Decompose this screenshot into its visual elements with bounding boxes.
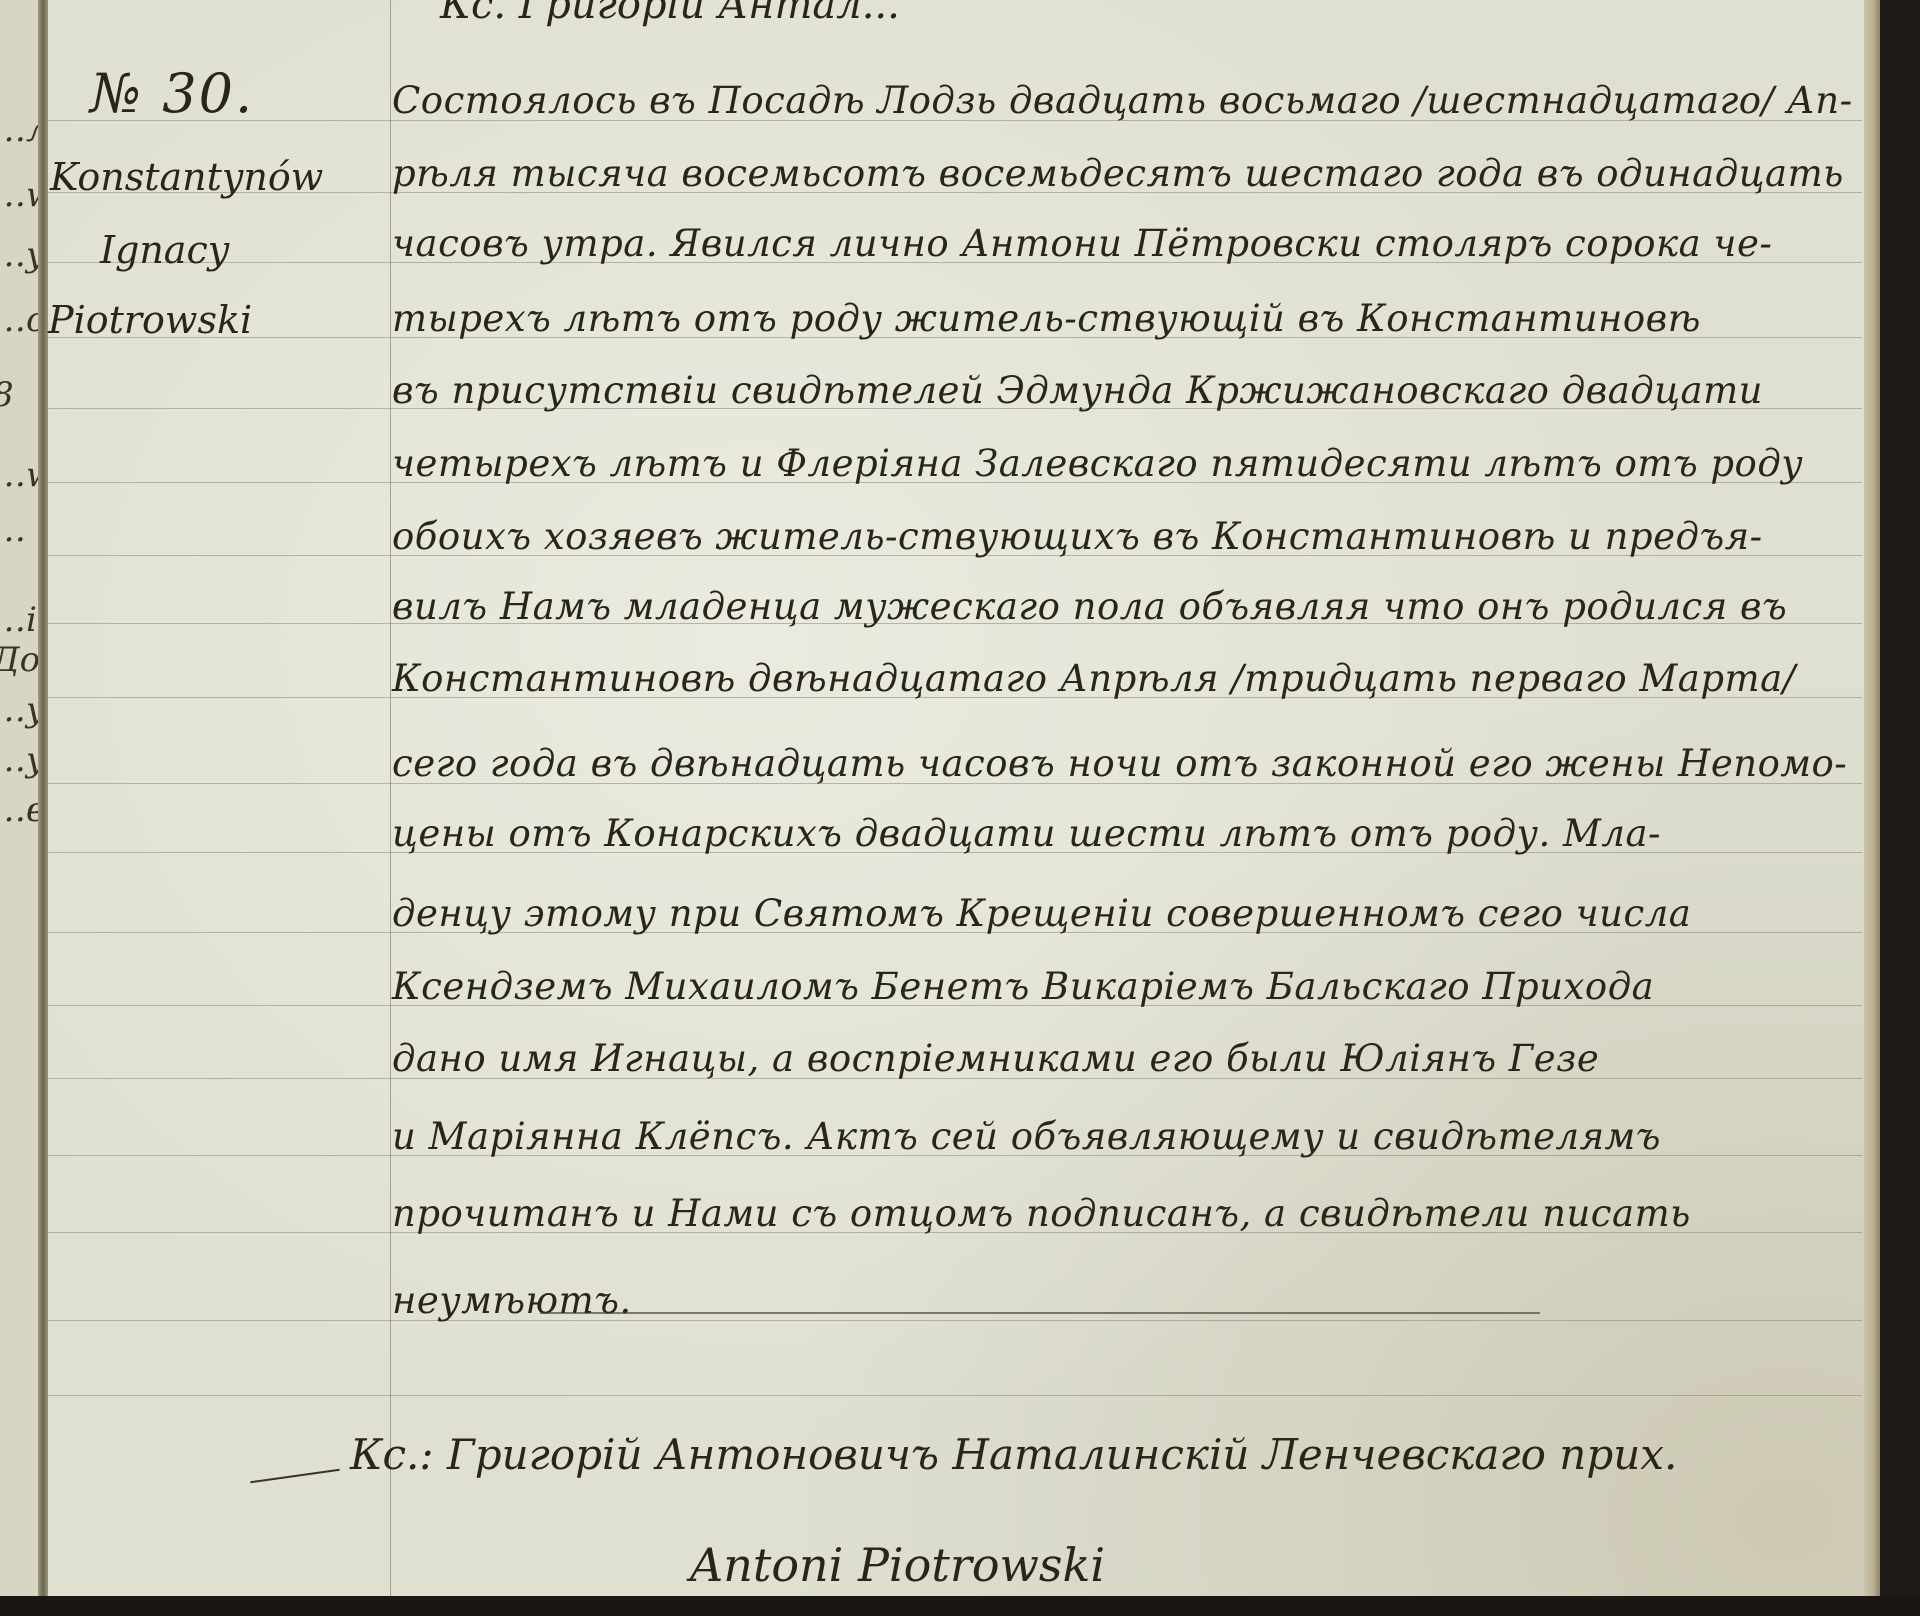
record-line: въ присутствіи свидѣтелей Эдмунда Кржижа… (392, 372, 1763, 409)
record-line: сего года въ двѣнадцать часовъ ночи отъ … (392, 745, 1847, 782)
left-page-fragment: … (0, 510, 26, 550)
margin-surname: Piotrowski (48, 298, 252, 342)
left-page-fragment: 8 (0, 375, 14, 415)
record-line: цены отъ Конарскихъ двадцати шести лѣтъ … (392, 815, 1661, 852)
ruled-line (48, 1395, 1862, 1396)
record-line: прочитанъ и Нами съ отцомъ подписанъ, а … (392, 1195, 1691, 1232)
act-number: № 30. (90, 62, 254, 125)
father-signature: Antoni Piotrowski (690, 1538, 1105, 1592)
margin-column-rule (390, 0, 391, 1600)
previous-entry-signature-fragment: Кс. Григорій Антал... (440, 0, 900, 28)
record-line: Константиновѣ двѣнадцатаго Апрѣля /тридц… (392, 660, 1796, 697)
record-line: дано имя Игнацы, а воспріемниками его бы… (392, 1040, 1599, 1077)
end-of-text-dash (540, 1312, 1540, 1314)
record-line: Ксендземъ Михаиломъ Бенетъ Викаріемъ Бал… (392, 968, 1654, 1005)
left-page-fragment: …і (0, 600, 37, 640)
register-page: …ло …w …у …о 8 …w … …і До …у …у …в Кс. Г… (0, 0, 1880, 1600)
signature-flourish (250, 1469, 339, 1484)
book-binding-gutter (38, 0, 48, 1600)
margin-place: Konstantynów (50, 155, 323, 199)
record-line: обоихъ хозяевъ житель-ствующихъ въ Конст… (392, 518, 1763, 555)
record-line: рѣля тысяча восемьсотъ восемьдесятъ шест… (392, 155, 1844, 192)
record-line: четырехъ лѣтъ и Флеріяна Залевскаго пяти… (392, 445, 1803, 482)
margin-given-name: Ignacy (100, 228, 229, 272)
record-line: часовъ утра. Явился лично Антони Пётровс… (392, 225, 1772, 262)
ruled-line (48, 1320, 1862, 1321)
record-line: и Маріянна Клёпсъ. Актъ сей объявляющему… (392, 1118, 1661, 1155)
record-line: денцу этому при Святомъ Крещеніи соверше… (392, 895, 1691, 932)
priest-signature: Кс.: Григорій Антоновичъ Наталинскій Лен… (350, 1430, 1677, 1479)
scan-background (0, 1596, 1920, 1616)
left-page-fragment: До (0, 640, 40, 680)
record-line: тырехъ лѣтъ отъ роду житель-ствующій въ … (392, 300, 1701, 337)
record-line: вилъ Намъ младенца мужескаго пола объявл… (392, 588, 1787, 625)
page-edge (1864, 0, 1880, 1600)
record-line: Состоялось въ Посадѣ Лодзь двадцать вось… (392, 82, 1853, 119)
